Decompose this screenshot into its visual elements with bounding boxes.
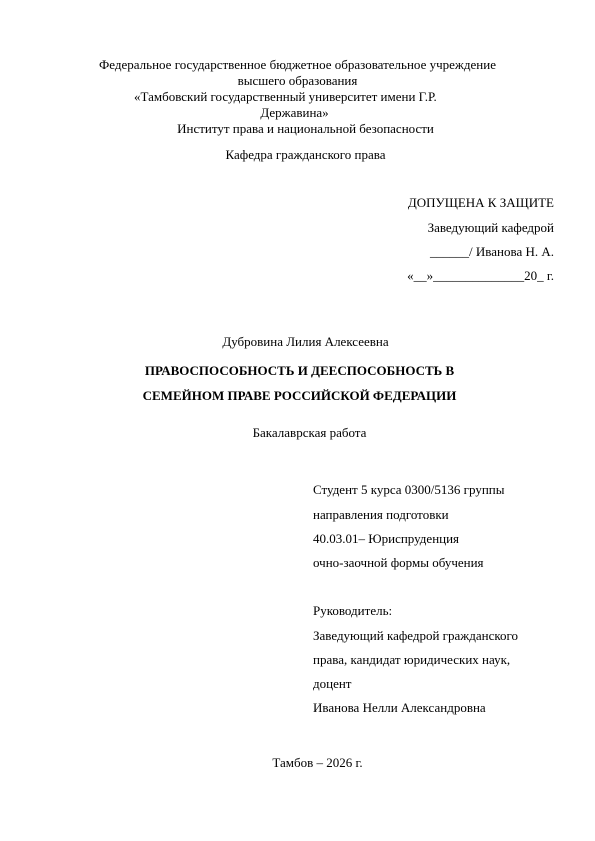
- institute-name: Институт права и национальной безопаснос…: [8, 121, 595, 137]
- approval-date: «__»______________20_ г.: [407, 268, 554, 284]
- student-line-3: 40.03.01– Юриспруденция: [313, 531, 459, 547]
- student-line-2: направления подготовки: [313, 507, 449, 523]
- thesis-title-line-1: ПРАВОСПОСОБНОСТЬ И ДЕЕСПОСОБНОСТЬ В: [2, 363, 595, 379]
- author-name: Дубровина Лилия Алексеевна: [8, 334, 595, 350]
- supervisor-name: Иванова Нелли Александровна: [313, 700, 486, 716]
- supervisor-line-1: Заведующий кафедрой гражданского: [313, 628, 518, 644]
- org-line-2: высшего образования: [0, 73, 595, 89]
- student-line-4: очно-заочной формы обучения: [313, 555, 484, 571]
- supervisor-label: Руководитель:: [313, 603, 392, 619]
- student-line-1: Студент 5 курса 0300/5136 группы: [313, 482, 504, 498]
- supervisor-line-2: права, кандидат юридических наук,: [313, 652, 510, 668]
- work-type: Бакалаврская работа: [12, 425, 595, 441]
- approval-position: Заведующий кафедрой: [428, 220, 554, 236]
- city-year: Тамбов – 2026 г.: [20, 755, 595, 771]
- department-name: Кафедра гражданского права: [8, 147, 595, 163]
- approval-signature: ______/ Иванова Н. А.: [430, 244, 554, 260]
- university-name: «Тамбовский государственный университет …: [134, 89, 437, 105]
- org-line-1: Федеральное государственное бюджетное об…: [0, 57, 595, 73]
- supervisor-line-3: доцент: [313, 676, 351, 692]
- thesis-title-line-2: СЕМЕЙНОМ ПРАВЕ РОССИЙСКОЙ ФЕДЕРАЦИИ: [2, 388, 595, 404]
- approval-title: ДОПУЩЕНА К ЗАЩИТЕ: [408, 195, 554, 211]
- university-name-cont: Державина»: [0, 105, 592, 121]
